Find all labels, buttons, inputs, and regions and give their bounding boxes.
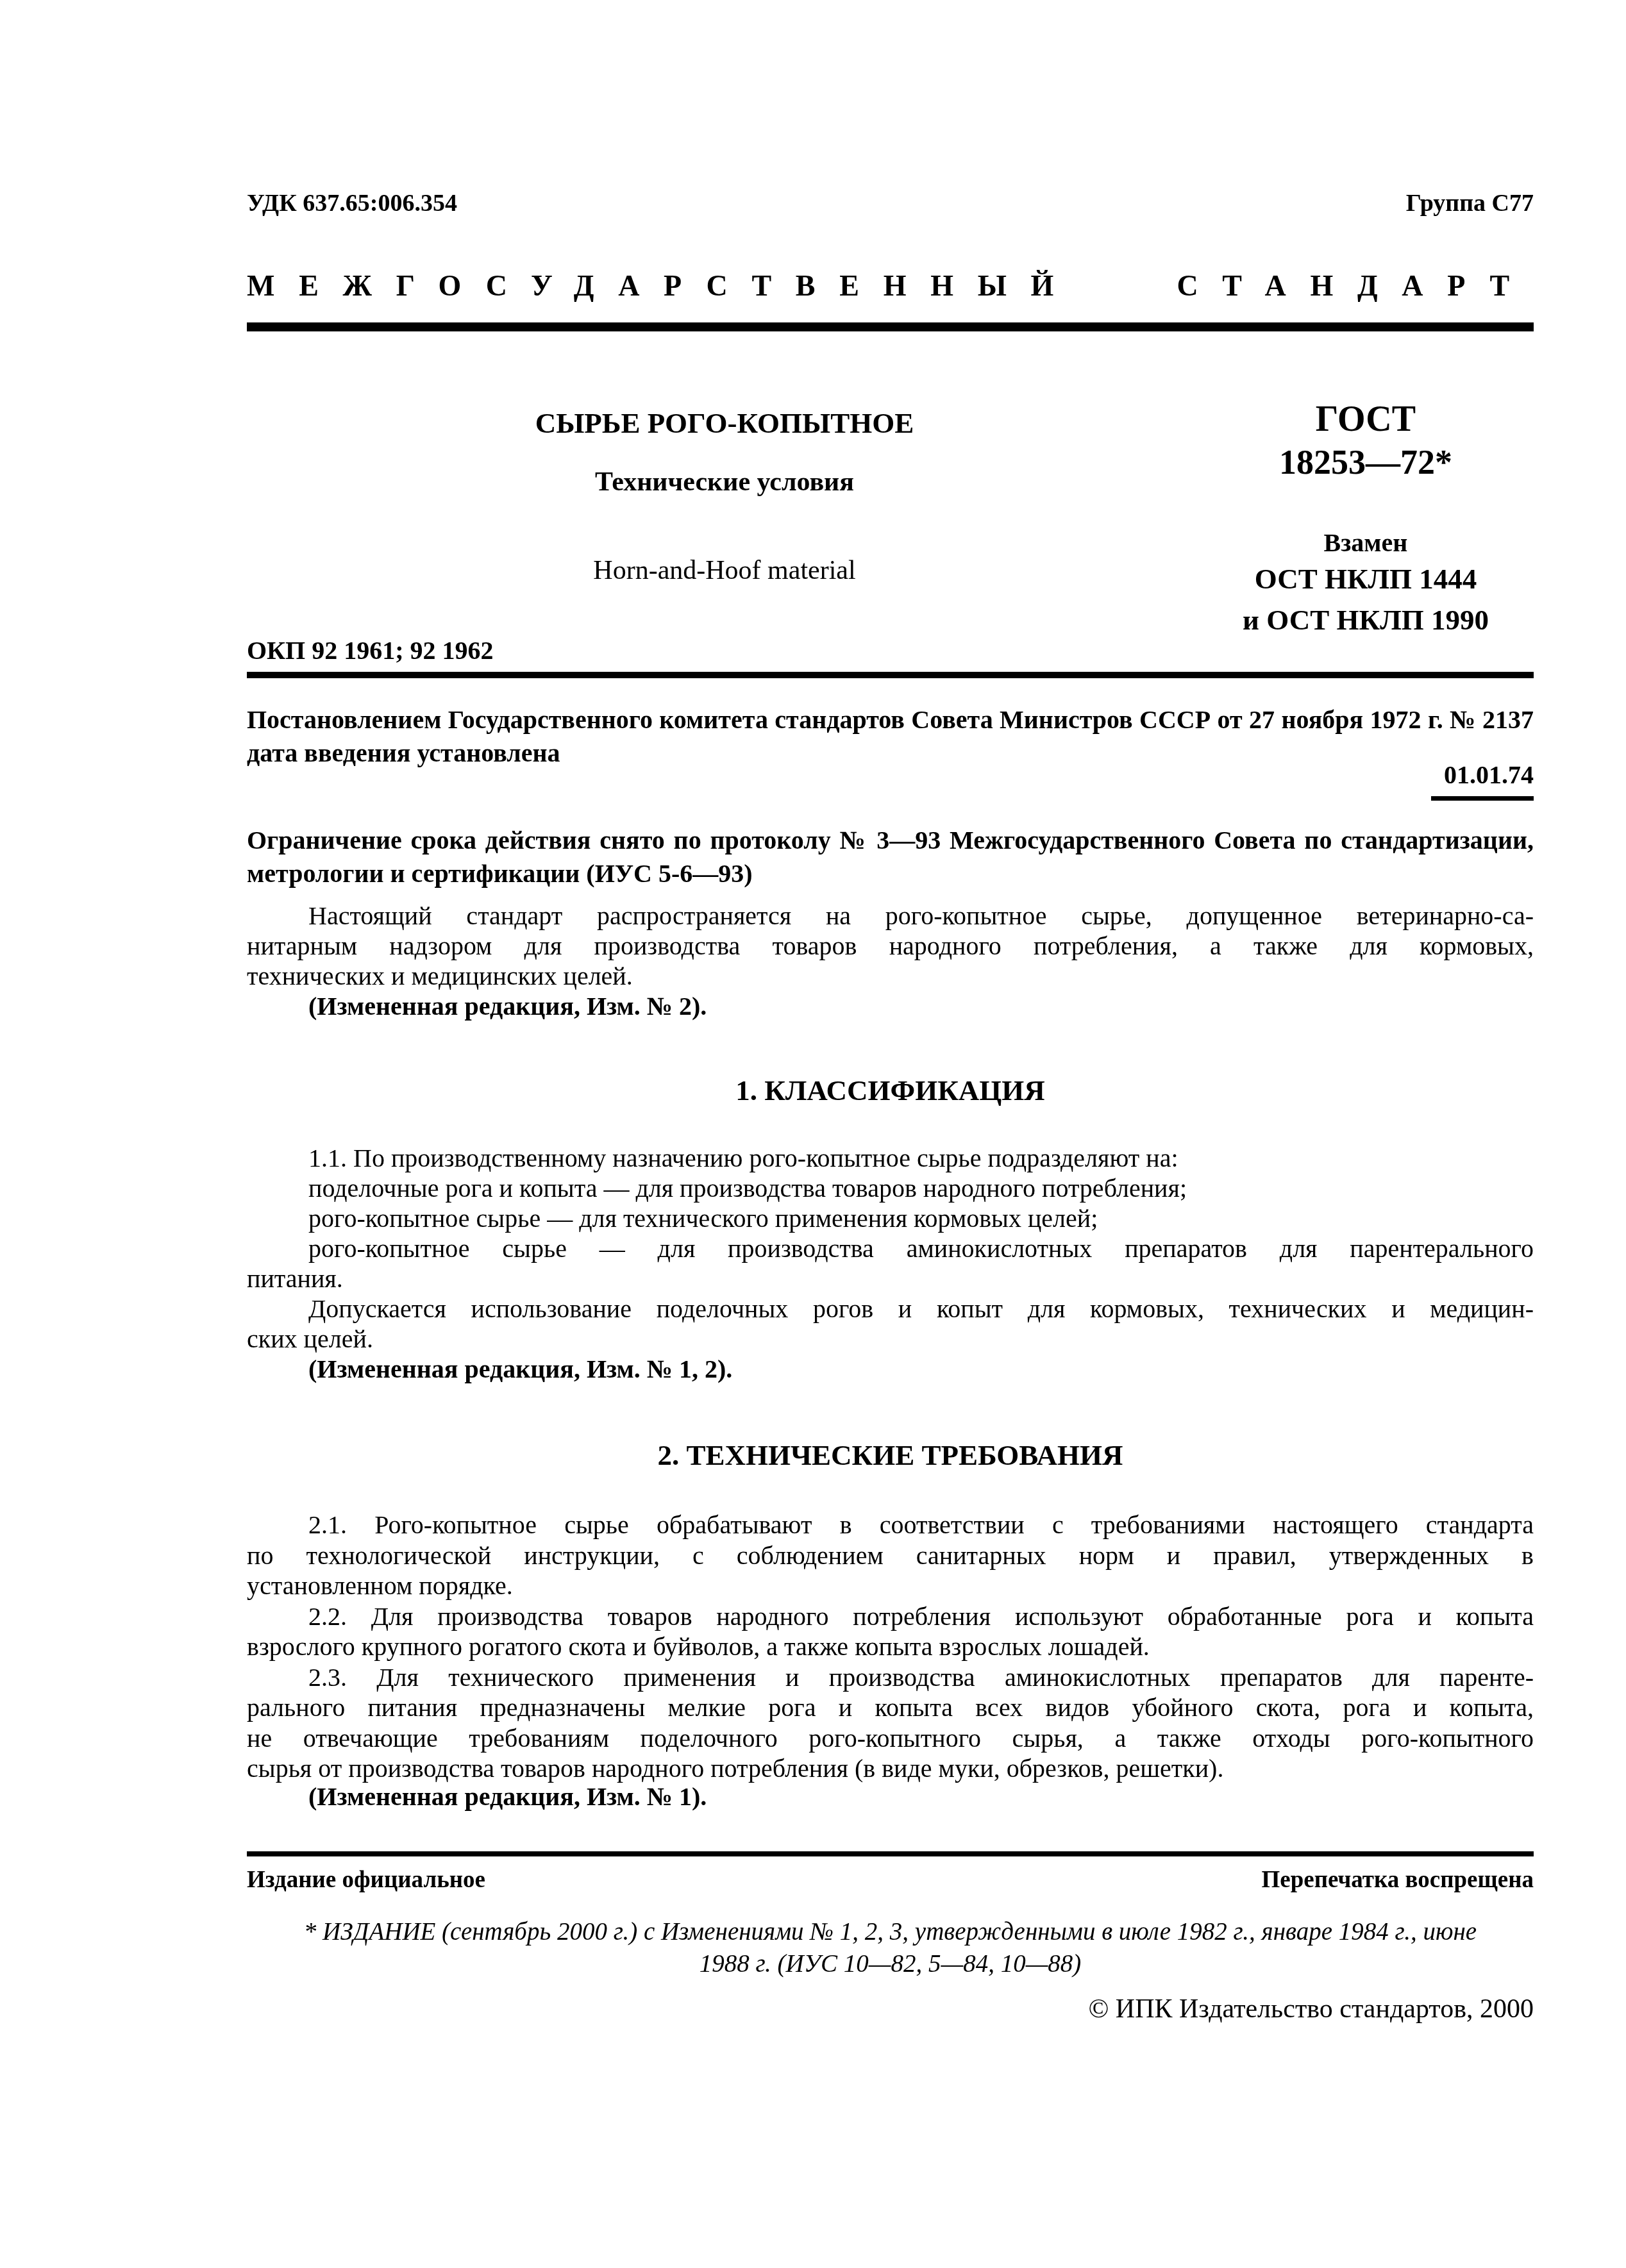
copyright-line: © ИПК Издательство стандартов, 2000 [247,1994,1534,2024]
section-2-line-9: сырья от производства товаров народного … [247,1754,1534,1783]
gost-document-page: УДК 637.65:006.354 Группа С77 МЕЖГОСУДАР… [0,0,1626,2268]
reprint-prohibited-label: Перепечатка воспрещена [1261,1867,1534,1894]
decree-line-1: Постановлением Государственного комитета… [247,705,1534,735]
edition-note-line-1: * ИЗДАНИЕ (сентябрь 2000 г.) с Изменения… [247,1918,1534,1947]
intro-line-1: Настоящий стандарт распространяется на р… [247,901,1534,931]
group-code: Группа С77 [1406,190,1534,218]
replaced-standard-1: ОСТ НКЛП 1444 [1196,563,1536,596]
section-2-heading: 2. ТЕХНИЧЕСКИЕ ТРЕБОВАНИЯ [247,1439,1534,1472]
section-2-amended-note: (Измененная редакция, Изм. № 1). [247,1782,1534,1812]
footer-rule [247,1851,1534,1856]
intro-line-2: нитарным надзором для производства товар… [247,931,1534,961]
document-title-en: Horn-and-Hoof material [247,555,1202,586]
intro-amended-note: (Измененная редакция, Изм. № 2). [247,992,1534,1021]
section-1-amended-note: (Измененная редакция, Изм. № 1, 2). [247,1355,1534,1384]
restriction-line-1: Ограничение срока действия снято по прот… [247,826,1534,855]
standard-type-banner: МЕЖГОСУДАРСТВЕННЫЙ СТАНДАРТ [247,269,1534,303]
section-2-line-1: 2.1. Рого-копытное сырье обрабатывают в … [247,1510,1534,1540]
document-title-ru: СЫРЬЕ РОГО-КОПЫТНОЕ [247,407,1202,440]
section-2-line-2: по технологической инструкции, с соблюде… [247,1541,1534,1571]
replaced-standard-2: и ОСТ НКЛП 1990 [1196,604,1536,637]
okp-codes: ОКП 92 1961; 92 1962 [247,636,494,665]
section-2-line-8: не отвечающие требованиям поделочного ро… [247,1724,1534,1753]
introduction-date: 01.01.74 [247,760,1534,790]
section-1-heading: 1. КЛАССИФИКАЦИЯ [247,1074,1534,1108]
section-1-line-2: поделочные рога и копыта — для производс… [247,1174,1534,1203]
section-2-line-3: установленном порядке. [247,1571,1534,1601]
date-underline [1431,796,1534,801]
intro-line-3: технических и медицинских целей. [247,962,1534,991]
section-1-line-5: питания. [247,1264,1534,1294]
section-2-line-6: 2.3. Для технического применения и произ… [247,1663,1534,1692]
section-1-line-7: ских целей. [247,1324,1534,1354]
document-subtitle: Технические условия [247,467,1202,497]
restriction-line-2: метрологии и сертификации (ИУС 5-6—93) [247,859,1534,888]
official-edition-label: Издание официальное [247,1867,485,1894]
edition-note-line-2: 1988 г. (ИУС 10—82, 5—84, 10—88) [247,1950,1534,1979]
section-2-line-7: рального питания предназначены мелкие ро… [247,1693,1534,1722]
gost-number: 18253—72* [1196,442,1536,482]
section-2-line-4: 2.2. Для производства товаров народного … [247,1602,1534,1631]
header-rule [247,322,1534,331]
gost-label: ГОСТ [1196,399,1536,440]
okp-rule [247,672,1534,678]
section-2-line-5: взрослого крупного рогатого скота и буйв… [247,1632,1534,1662]
section-1-line-6: Допускается использование поделочных рог… [247,1294,1534,1324]
section-1-line-4: рого-копытное сырье — для производства а… [247,1234,1534,1263]
section-1-line-1: 1.1. По производственному назначению рог… [247,1144,1534,1173]
replaces-label: Взамен [1196,528,1536,558]
section-1-line-3: рого-копытное сырье — для технического п… [247,1204,1534,1233]
udk-code: УДК 637.65:006.354 [247,190,457,218]
